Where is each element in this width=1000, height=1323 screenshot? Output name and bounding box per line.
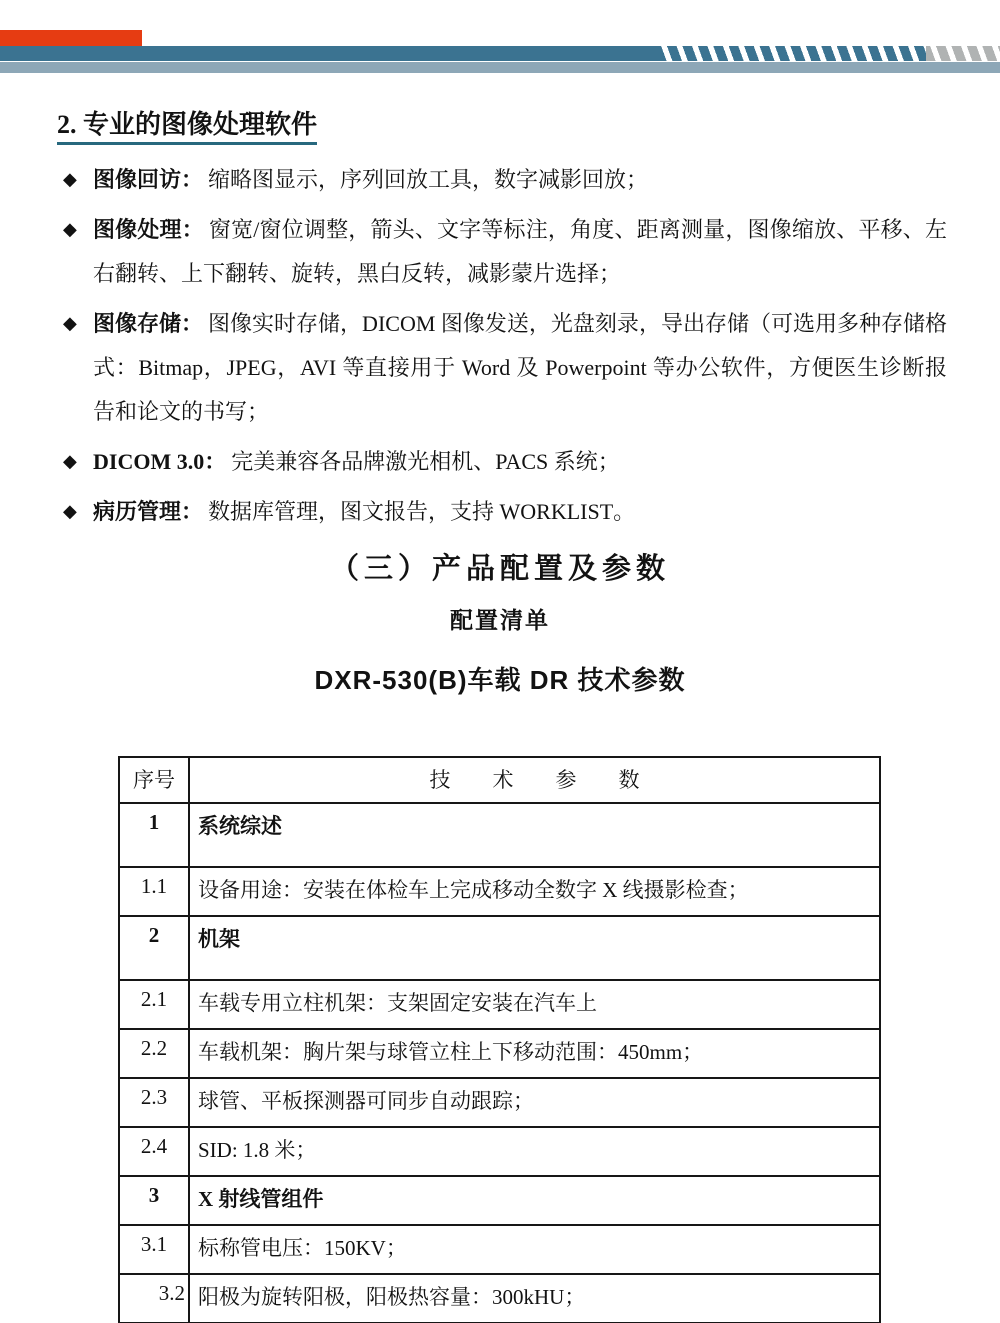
heading-product-config: （三）产品配置及参数	[0, 546, 1000, 587]
col-header-number: 序号	[119, 757, 189, 803]
row-number: 2.3	[119, 1078, 189, 1127]
section-title-text: 2. 专业的图像处理软件	[57, 110, 317, 145]
table-row: 3.1标称管电压：150KV；	[119, 1225, 880, 1274]
spec-table: 序号 技 术 参 数 1系统综述1.1设备用途：安装在体检车上完成移动全数字 X…	[118, 756, 881, 1323]
bullet-text: 窗宽/窗位调整，箭头、文字等标注，角度、距离测量，图像缩放、平移、左右翻转、上下…	[93, 217, 947, 286]
bullet-text: 完美兼容各品牌激光相机、PACS 系统；	[231, 449, 620, 474]
table-row: 2.4SID: 1.8 米；	[119, 1127, 880, 1176]
table-row: 2.2车载机架：胸片架与球管立柱上下移动范围：450mm；	[119, 1029, 880, 1078]
heading-config-list: 配置清单	[0, 602, 1000, 635]
row-text: 机架	[189, 916, 880, 980]
heading-model-params: DXR-530(B)车载 DR 技术参数	[0, 660, 1000, 697]
row-number: 1	[119, 803, 189, 867]
header-teal-bar	[0, 46, 657, 61]
row-text: 标称管电压：150KV；	[189, 1225, 880, 1274]
diamond-bullet-icon: ◆	[63, 302, 77, 346]
bullet-text: 数据库管理，图文报告，支持 WORKLIST。	[208, 499, 635, 524]
row-number: 3.2	[119, 1274, 189, 1323]
diamond-bullet-icon: ◆	[63, 490, 77, 534]
spec-table-body: 1系统综述1.1设备用途：安装在体检车上完成移动全数字 X 线摄影检查；2机架2…	[119, 803, 880, 1323]
list-item: ◆病历管理：数据库管理，图文报告，支持 WORKLIST。	[63, 490, 947, 534]
list-item: ◆DICOM 3.0：完美兼容各品牌激光相机、PACS 系统；	[63, 440, 947, 484]
header-gray-stripes	[926, 46, 1000, 61]
diamond-bullet-icon: ◆	[63, 208, 77, 252]
bullet-label: DICOM 3.0：	[93, 449, 226, 474]
table-row: 3X 射线管组件	[119, 1176, 880, 1225]
table-row: 2.3球管、平板探测器可同步自动跟踪；	[119, 1078, 880, 1127]
diamond-bullet-icon: ◆	[63, 440, 77, 484]
row-text: SID: 1.8 米；	[189, 1127, 880, 1176]
table-row: 2机架	[119, 916, 880, 980]
list-item: ◆图像存储：图像实时存储，DICOM 图像发送，光盘刻录，导出存储（可选用多种存…	[63, 302, 947, 434]
row-number: 3	[119, 1176, 189, 1225]
row-text: 车载专用立柱机架：支架固定安装在汽车上	[189, 980, 880, 1029]
diamond-bullet-icon: ◆	[63, 158, 77, 202]
bullet-label: 图像处理：	[93, 217, 204, 242]
table-row: 2.1车载专用立柱机架：支架固定安装在汽车上	[119, 980, 880, 1029]
bullet-label: 图像回访：	[93, 167, 203, 192]
row-number: 3.1	[119, 1225, 189, 1274]
feature-list: ◆图像回访：缩略图显示，序列回放工具，数字减影回放；◆图像处理：窗宽/窗位调整，…	[63, 158, 947, 540]
list-item: ◆图像回访：缩略图显示，序列回放工具，数字减影回放；	[63, 158, 947, 202]
col-header-params: 技 术 参 数	[189, 757, 880, 803]
bullet-text: 缩略图显示，序列回放工具，数字减影回放；	[208, 167, 648, 192]
bullet-label: 图像存储：	[93, 311, 203, 336]
header-light-bar	[0, 62, 1000, 73]
header-red-accent	[0, 30, 142, 46]
row-number: 1.1	[119, 867, 189, 916]
table-row: 1系统综述	[119, 803, 880, 867]
section-title: 2. 专业的图像处理软件	[57, 104, 317, 141]
row-text: 系统综述	[189, 803, 880, 867]
table-row: 3.2阳极为旋转阳极，阳极热容量：300kHU；	[119, 1274, 880, 1323]
row-text: X 射线管组件	[189, 1176, 880, 1225]
row-number: 2.4	[119, 1127, 189, 1176]
row-text: 设备用途：安装在体检车上完成移动全数字 X 线摄影检查；	[189, 867, 880, 916]
bullet-label: 病历管理：	[93, 499, 203, 524]
row-number: 2.2	[119, 1029, 189, 1078]
document-page: 2. 专业的图像处理软件 ◆图像回访：缩略图显示，序列回放工具，数字减影回放；◆…	[0, 0, 1000, 1323]
table-row: 1.1设备用途：安装在体检车上完成移动全数字 X 线摄影检查；	[119, 867, 880, 916]
row-text: 阳极为旋转阳极，阳极热容量：300kHU；	[189, 1274, 880, 1323]
row-number: 2.1	[119, 980, 189, 1029]
row-text: 车载机架：胸片架与球管立柱上下移动范围：450mm；	[189, 1029, 880, 1078]
list-item: ◆图像处理：窗宽/窗位调整，箭头、文字等标注，角度、距离测量，图像缩放、平移、左…	[63, 208, 947, 296]
row-number: 2	[119, 916, 189, 980]
table-header-row: 序号 技 术 参 数	[119, 757, 880, 803]
row-text: 球管、平板探测器可同步自动跟踪；	[189, 1078, 880, 1127]
bullet-text: 图像实时存储，DICOM 图像发送，光盘刻录，导出存储（可选用多种存储格式：Bi…	[93, 311, 947, 424]
header-teal-stripes	[657, 46, 926, 61]
